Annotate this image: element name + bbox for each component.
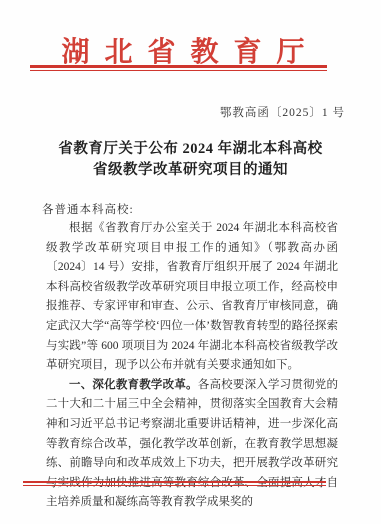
paragraph-2: 一、深化教育教学改革。各高校要深入学习贯彻党的二十大和二十届三中全会精神，贯彻落… [46,376,338,513]
paragraph-1: 根据《省教育厅办公室关于 2024 年湖北本科高校省级教学改革研究项目申报工作的… [46,219,338,376]
doc-number: 鄂教高函〔2025〕1 号 [220,104,345,120]
paragraph-2-lead: 一、深化教育教学改革。 [69,379,198,391]
header-divider [30,65,327,71]
notice-title: 省教育厅关于公布 2024 年湖北本科高校 省级教学改革研究项目的通知 [0,139,381,181]
salutation: 各普通本科高校: [42,201,134,217]
footer-divider [23,481,326,486]
paragraph-2-text: 各高校要深入学习贯彻党的二十大和二十届三中全会精神，贯彻落实全国教育大会精神和习… [46,379,338,509]
notice-title-line1: 省教育厅关于公布 2024 年湖北本科高校 [0,139,381,160]
notice-title-line2: 省级教学改革研究项目的通知 [0,160,381,181]
document-page: 湖北省教育厅 鄂教高函〔2025〕1 号 省教育厅关于公布 2024 年湖北本科… [0,0,381,524]
agency-name: 湖北省教育厅 [0,30,381,70]
notice-body: 根据《省教育厅办公室关于 2024 年湖北本科高校省级教学改革研究项目申报工作的… [46,219,338,513]
